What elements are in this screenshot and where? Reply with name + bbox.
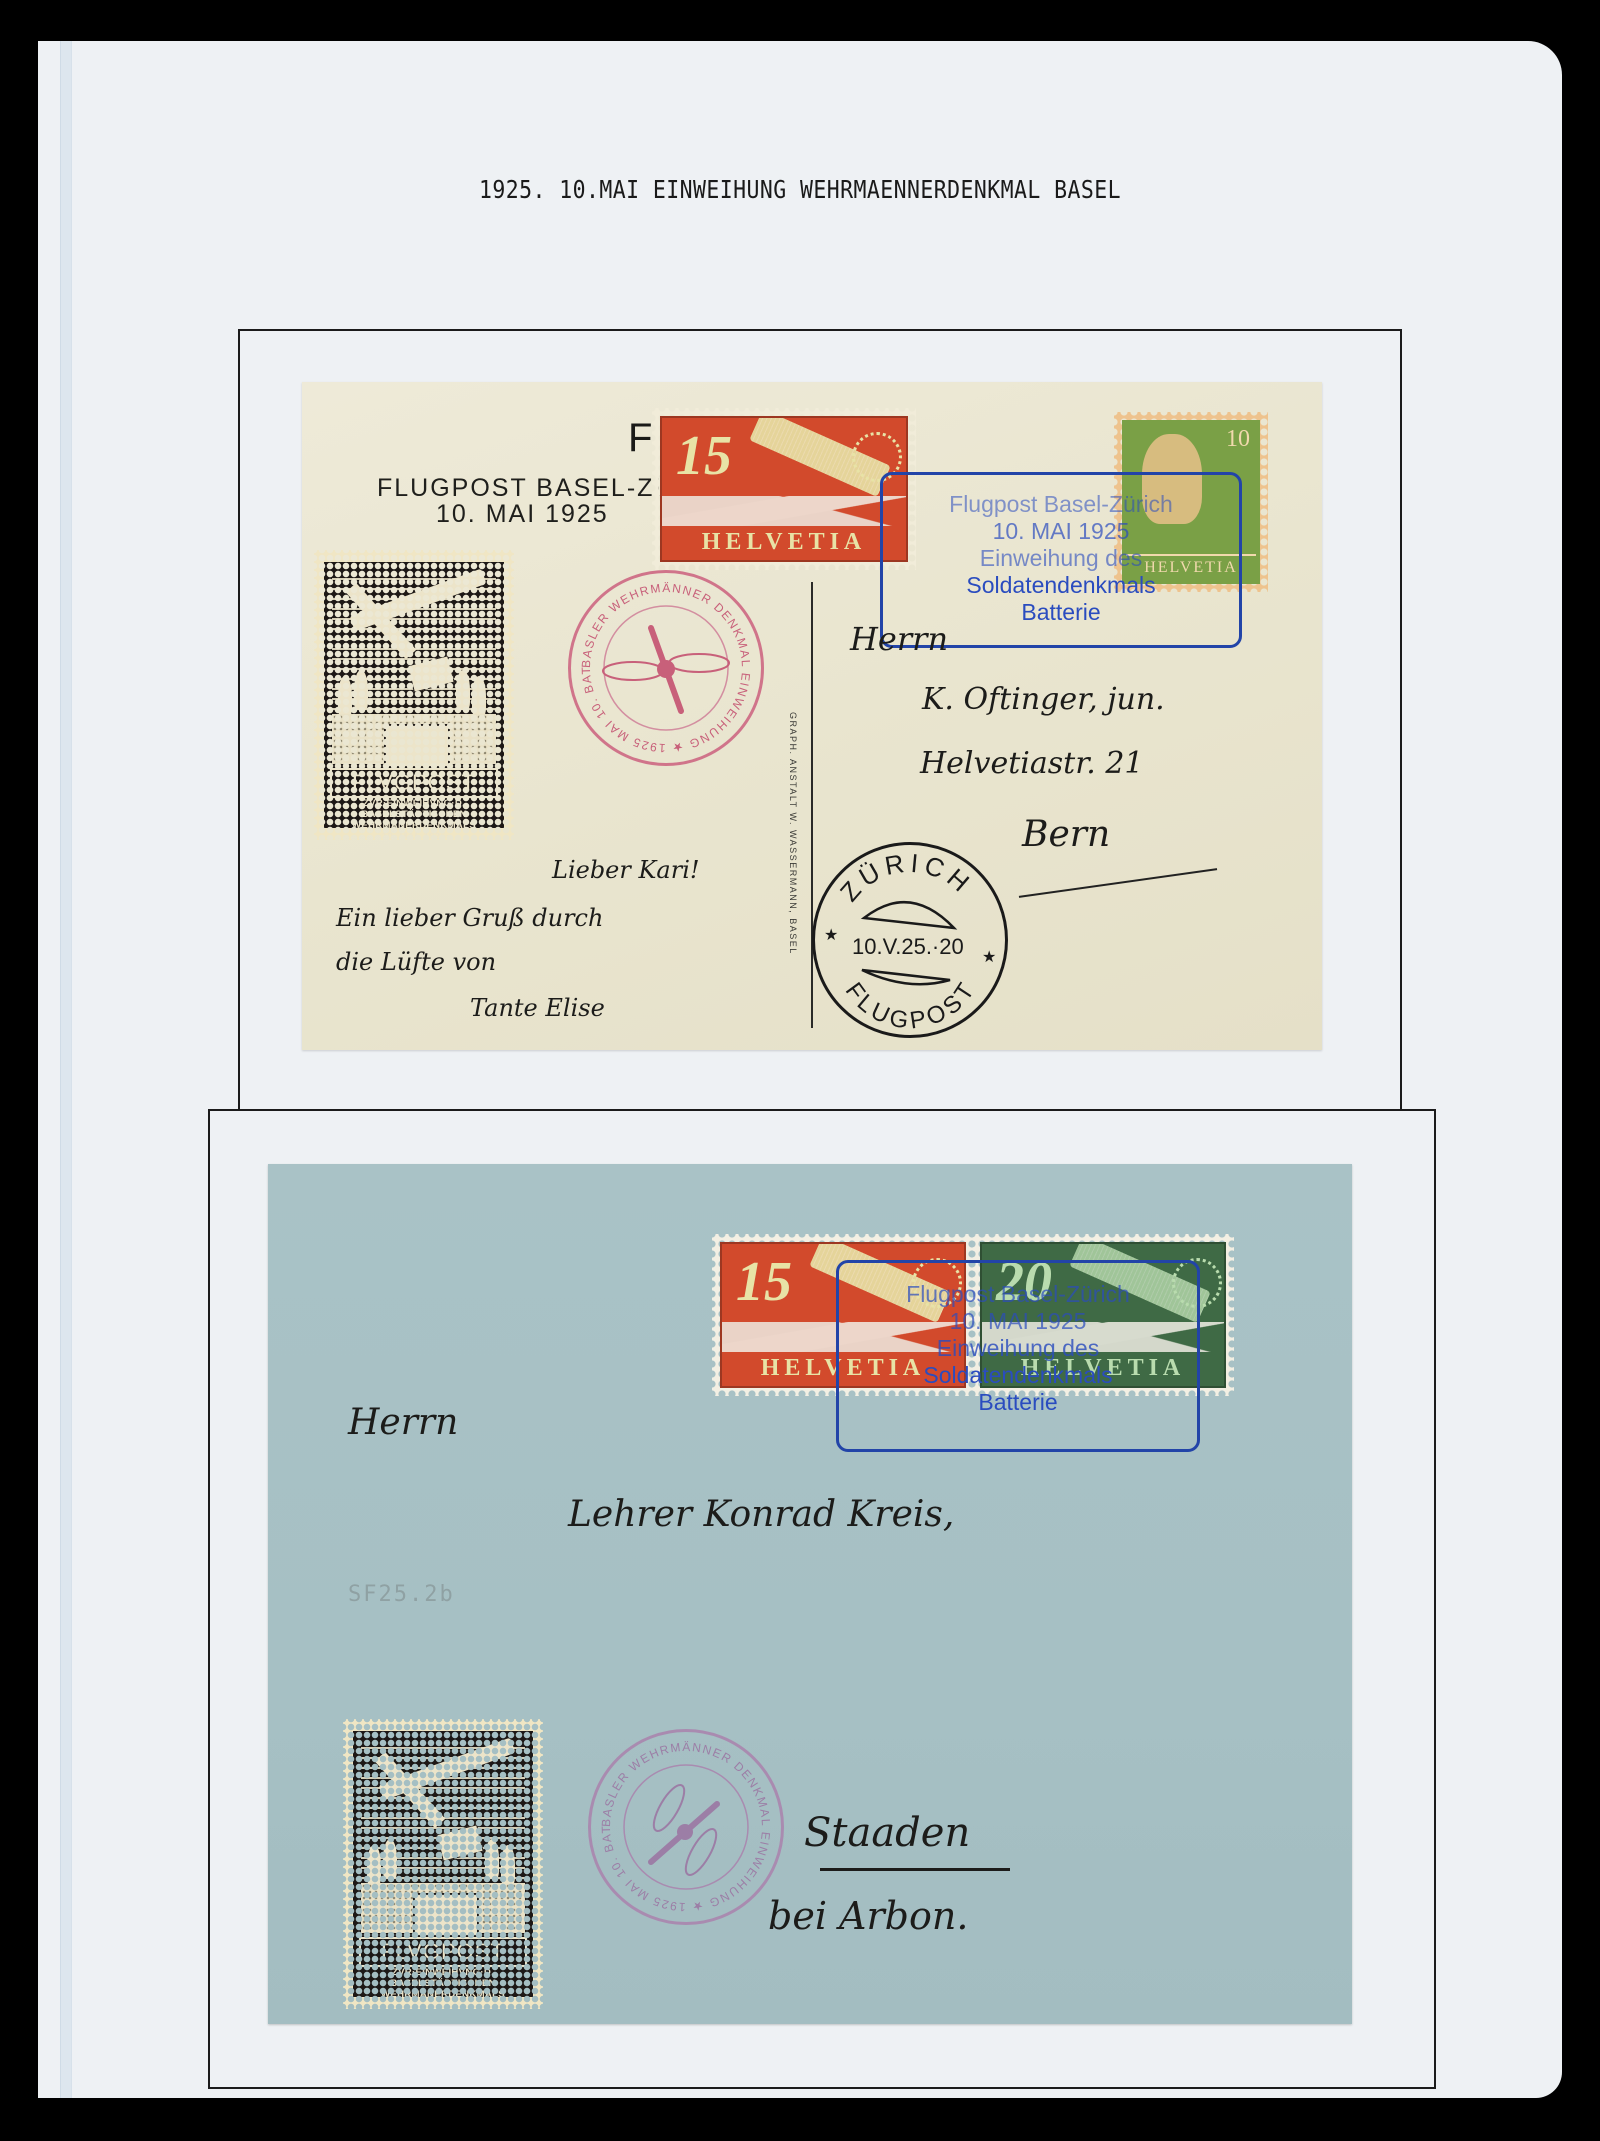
monument-icon [384, 724, 450, 768]
vignette-text: ZVR·EINWEIHVNG·D. BASELSTÄDTISCHEN WEHRM… [326, 798, 502, 842]
zurich-flugpost-postmark: ZÜRICH FLUGPOST 10.V.25.·20 ★ ★ [812, 842, 1008, 1038]
vignette-text: ZVR·EINWEIHVNG·D. BASELSTÄDTISCHEN WEHRM… [355, 1967, 531, 2011]
address-line: Herrn [348, 1402, 458, 1443]
flight-cover[interactable]: 15 HELVETIA 20 HELVETIA Flugpost Basel-Z… [268, 1164, 1352, 2024]
svg-text:BASLER WEHRMÄNNER DENKMAL EINW: BASLER WEHRMÄNNER DENKMAL EINWEIHUNG ★ 1… [591, 1732, 773, 1914]
binding-strip [60, 41, 72, 2098]
address-line: K. Oftinger, jun. [922, 682, 1165, 717]
svg-text:ZÜRICH: ZÜRICH [834, 847, 979, 907]
svg-text:★: ★ [982, 947, 996, 966]
address-city: Bern [1022, 814, 1110, 855]
address-line: Herrn [850, 620, 948, 658]
postcard-date: 10. MAI 1925 [436, 500, 609, 529]
vignette-title: FLVGPOST [330, 768, 498, 798]
message-line: die Lüfte von [336, 948, 496, 976]
violet-commemorative-cachet: BASLER WEHRMÄNNER DENKMAL EINWEIHUNG ★ 1… [588, 1729, 784, 1925]
address-line: Helvetiastr. 21 [920, 746, 1144, 781]
winged-propeller-icon: BASLER WEHRMÄNNER DENKMAL EINWEIHUNG ★ 1… [571, 573, 761, 763]
monument-icon [413, 1893, 479, 1937]
svg-text:10.V.25.·20: 10.V.25.·20 [852, 934, 964, 959]
pencil-catalog-note: SF25.2b [348, 1582, 455, 1607]
vignette-title: FLVGPOST [359, 1937, 527, 1967]
address-line: Lehrer Konrad Kreis, [568, 1494, 954, 1535]
message-signature: Tante Elise [470, 994, 605, 1022]
address-line: bei Arbon. [768, 1894, 968, 1938]
flugpost-vignette[interactable]: FLVGPOST ZVR·EINWEIHVNG·D. BASELSTÄDTISC… [343, 1719, 543, 2009]
album-page: 1925. 10.MAI EINWEIHUNG WEHRMAENNERDENKM… [38, 41, 1562, 2098]
flugpost-vignette[interactable]: FLVGPOST ZVR·EINWEIHVNG·D. BASELSTÄDTISC… [314, 550, 514, 840]
box-cachet: Flugpost Basel-Zürich 10. MAI 1925 Einwe… [836, 1260, 1200, 1452]
page-title: 1925. 10.MAI EINWEIHUNG WEHRMAENNERDENKM… [145, 175, 1456, 204]
message-line: Lieber Kari! [552, 856, 700, 884]
winged-propeller-icon: BASLER WEHRMÄNNER DENKMAL EINWEIHUNG ★ 1… [591, 1732, 781, 1922]
red-commemorative-cachet: BASLER WEHRMÄNNER DENKMAL EINWEIHUNG ★ 1… [568, 570, 764, 766]
stamp-airmail-15[interactable]: 15 HELVETIA [652, 408, 916, 570]
svg-text:★: ★ [824, 925, 838, 944]
address-city: Staaden [804, 1810, 970, 1856]
message-line: Ein lieber Gruß durch [336, 904, 603, 932]
printer-imprint: GRAPH. ANSTALT W. WASSERMANN, BASEL [788, 712, 798, 955]
flight-postcard[interactable]: FLUGPO FLUGPOST BASEL-ZÜRICH 10. MAI 192… [302, 382, 1322, 1050]
